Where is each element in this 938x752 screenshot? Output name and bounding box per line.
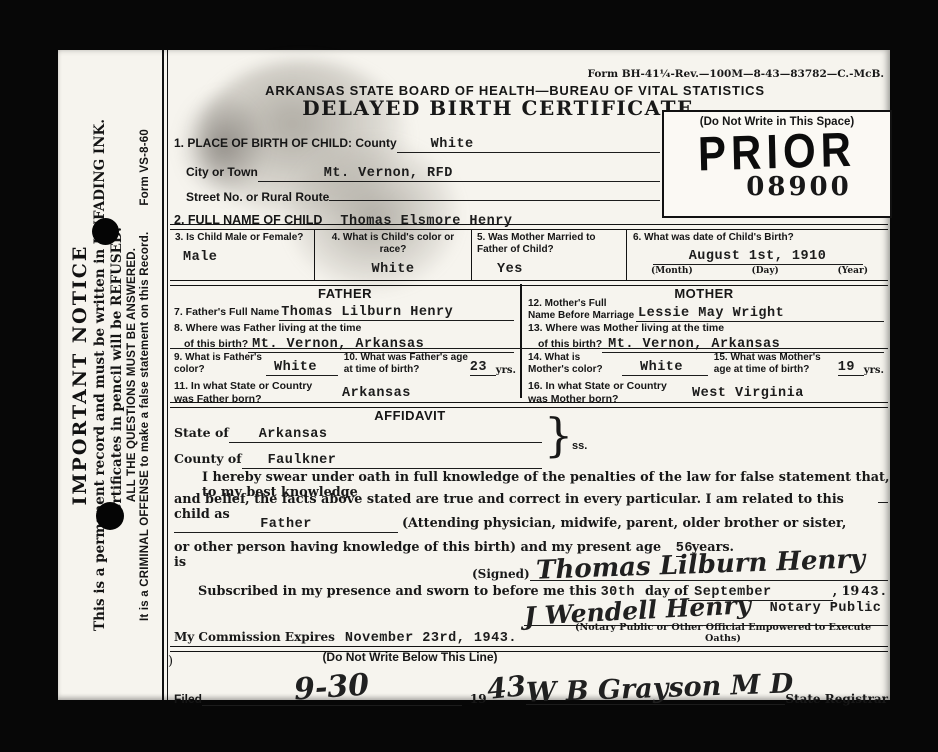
father-color-age-row: 9. What is Father's color? White 10. Wha…	[174, 352, 516, 376]
birthdate-cell: 6. What was date of Child's Birth? Augus…	[627, 229, 888, 280]
county-label: County of	[174, 451, 242, 466]
month-label: (Month)	[651, 266, 693, 276]
mother-age-label: 15. What was Mother's age at time of bir…	[714, 352, 838, 376]
father-residence-line: Mt. Vernon, Arkansas	[248, 334, 514, 353]
stamp-box: (Do Not Write in This Space) PRIOR 08900	[662, 110, 892, 218]
parent-column-divider	[520, 284, 522, 398]
sidebar-divider	[162, 50, 164, 700]
child-question-boxes: 3. Is Child Male or Female? Male 4. What…	[170, 229, 888, 280]
mother-age-line: 19	[838, 357, 864, 376]
registrar-title: State Registrar	[785, 692, 888, 706]
relation-note: (Attending physician, midwife, parent, o…	[402, 516, 846, 531]
birthdate-value: August 1st, 1910	[689, 249, 827, 264]
birthdate-label: 6. What was date of Child's Birth?	[633, 232, 882, 244]
relation-value: Father	[260, 517, 312, 532]
married-cell: 5. Was Mother Married to Father of Child…	[472, 229, 627, 280]
mother-birthplace-value: West Virginia	[692, 386, 804, 401]
birthdate-sublabels: (Month) (Day) (Year)	[633, 265, 882, 276]
married-label: 5. Was Mother Married to Father of Child…	[477, 232, 621, 256]
hole-punch	[96, 502, 124, 530]
city-label: City or Town	[186, 165, 258, 179]
commission-line: November 23rd, 1943.	[335, 628, 494, 647]
signed-label: (Signed)	[472, 567, 530, 581]
married-value: Yes	[497, 262, 621, 277]
father-header-row: FATHER	[170, 286, 520, 301]
form-reference: Form BH-41¼-Rev.—100M—8-43—83782—C.-McB.	[588, 68, 884, 80]
street-line	[329, 200, 660, 201]
father-age-value: 23	[470, 360, 487, 375]
mother-age-unit: yrs.	[864, 365, 884, 376]
relation-row: Father (Attending physician, midwife, pa…	[174, 514, 888, 533]
father-age-unit: yrs.	[496, 365, 516, 376]
father-subrule	[170, 348, 520, 349]
father-color-value: White	[274, 360, 317, 375]
father-residence-row: of this birth? Mt. Vernon, Arkansas	[184, 334, 514, 353]
relation-line-start	[878, 502, 888, 503]
do-not-write-row: (Do Not Write Below This Line)	[170, 650, 650, 664]
hole-punch	[92, 218, 119, 245]
sidebar-line4-row: It is a CRIMINAL OFFENSE to make a false…	[139, 56, 151, 694]
sidebar-line2: Certificates in pencil will be REFUSED.	[109, 56, 125, 694]
sex-cell: 3. Is Child Male or Female? Male	[170, 229, 315, 280]
brace-glyph: }	[544, 412, 573, 458]
mother-name-value: Lessie May Wright	[638, 306, 784, 321]
father-name-label: 7. Father's Full Name	[174, 306, 279, 318]
sidebar-rotated-text: IMPORTANT NOTICE This is a permanent rec…	[60, 56, 160, 694]
father-name-value: Thomas Lilburn Henry	[281, 305, 453, 320]
filed-label: Filed	[174, 692, 202, 706]
father-name-row: 7. Father's Full Name Thomas Lilburn Hen…	[174, 302, 514, 321]
sidebar-divider-2	[167, 50, 168, 700]
signature-line: Thomas Lilburn Henry	[530, 550, 888, 581]
father-age-line: 23	[470, 357, 496, 376]
filed-year-prefix: 19	[470, 692, 487, 706]
father-header: FATHER	[318, 286, 372, 301]
city-value: Mt. Vernon, RFD	[324, 166, 453, 181]
affidavit-title-row: AFFIDAVIT	[170, 408, 650, 423]
registrar-line: W B Grayson M D	[526, 673, 786, 705]
place-of-birth-label: 1. PLACE OF BIRTH OF CHILD: County	[174, 136, 397, 150]
mother-age-value: 19	[838, 360, 855, 375]
race-value: White	[320, 262, 466, 277]
city-row: City or Town Mt. Vernon, RFD	[186, 163, 660, 182]
race-label: 4. What is Child's color or race?	[320, 232, 466, 256]
county-line-2: Faulkner	[242, 450, 542, 469]
mother-residence-value: Mt. Vernon, Arkansas	[608, 337, 780, 352]
father-age-label: 10. What was Father's age at time of bir…	[344, 352, 470, 376]
sex-label: 3. Is Child Male or Female?	[175, 232, 309, 244]
sidebar-title: IMPORTANT NOTICE	[69, 56, 91, 694]
mother-name-line: Lessie May Wright	[636, 303, 884, 322]
registrar-signature: W B Grayson M D	[525, 668, 793, 708]
prior-number: 08900	[686, 172, 912, 202]
state-row: State of Arkansas	[174, 424, 542, 443]
affidavit-title: AFFIDAVIT	[374, 408, 445, 423]
sidebar-form-number: Form VS-8-60	[139, 129, 151, 206]
father-residence-value: Mt. Vernon, Arkansas	[252, 337, 424, 352]
filed-year-value: 43	[485, 669, 527, 706]
mother-name-row: 12. Mother's Full Name Before Marriage L…	[528, 298, 884, 322]
form-reference-row: Form BH-41¼-Rev.—100M—8-43—83782—C.-McB.	[488, 68, 884, 80]
ss-label: ss.	[572, 440, 587, 452]
mother-subrule	[520, 348, 888, 349]
commission-date: November 23rd, 1943.	[345, 631, 517, 646]
year-label: (Year)	[838, 266, 868, 276]
mother-color-label: 14. What is Mother's color?	[528, 352, 622, 376]
edge-paren: )	[168, 654, 173, 669]
race-cell: 4. What is Child's color or race? White	[315, 229, 472, 280]
notary-title: Notary Public	[770, 601, 882, 616]
mother-color-line: White	[622, 357, 708, 376]
street-row: Street No. or Rural Route	[186, 190, 660, 204]
filed-row: Filed 9-30 19 43 W B Grayson M D State R…	[174, 670, 888, 706]
mother-residence-label: 13. Where was Mother living at the time	[528, 322, 724, 334]
county-value-2: Faulkner	[268, 453, 337, 468]
father-birthplace-value: Arkansas	[342, 386, 411, 401]
relation-line: Father	[174, 514, 398, 533]
county-line: White	[397, 134, 660, 153]
filed-date-line: 9-30	[202, 670, 462, 706]
notary-note: (Notary Public or Other Official Empower…	[556, 622, 890, 644]
state-value: Arkansas	[259, 427, 328, 442]
signed-row: (Signed) Thomas Lilburn Henry	[472, 550, 888, 581]
father-color-line: White	[266, 357, 338, 376]
commission-label: My Commission Expires	[174, 630, 335, 644]
sex-value: Male	[183, 250, 309, 265]
father-residence-label: 8. Where was Father living at the time	[174, 322, 361, 334]
mother-residence-row: of this birth? Mt. Vernon, Arkansas	[538, 334, 884, 353]
affiant-signature: Thomas Lilburn Henry	[535, 544, 865, 585]
do-not-write-label: (Do Not Write Below This Line)	[322, 650, 497, 664]
page-title: DELAYED BIRTH CERTIFICATE	[302, 96, 693, 120]
commission-row: My Commission Expires November 23rd, 194…	[174, 628, 494, 647]
certificate-document: IMPORTANT NOTICE This is a permanent rec…	[58, 50, 890, 700]
filed-date-value: 9-30	[293, 667, 370, 707]
sidebar-line4: It is a CRIMINAL OFFENSE to make a false…	[139, 232, 151, 621]
state-label: State of	[174, 425, 229, 440]
street-label: Street No. or Rural Route	[186, 190, 329, 204]
mother-color-value: White	[640, 360, 683, 375]
mother-color-age-row: 14. What is Mother's color? White 15. Wh…	[528, 352, 884, 376]
city-line: Mt. Vernon, RFD	[258, 163, 660, 182]
day-label: (Day)	[751, 266, 778, 276]
state-line: Arkansas	[229, 424, 542, 443]
mother-name-label: 12. Mother's Full Name Before Marriage	[528, 298, 636, 322]
county-value: White	[431, 137, 474, 152]
mother-residence-line: Mt. Vernon, Arkansas	[602, 334, 884, 353]
place-of-birth-row: 1. PLACE OF BIRTH OF CHILD: County White	[174, 134, 660, 153]
father-name-line: Thomas Lilburn Henry	[279, 302, 514, 321]
sidebar-line3: ALL THE QUESTIONS MUST BE ANSWERED.	[126, 56, 138, 694]
county-row: County of Faulkner	[174, 450, 542, 469]
father-color-label: 9. What is Father's color?	[174, 352, 266, 376]
sidebar-line1: This is a permanent record and must be w…	[92, 56, 108, 694]
